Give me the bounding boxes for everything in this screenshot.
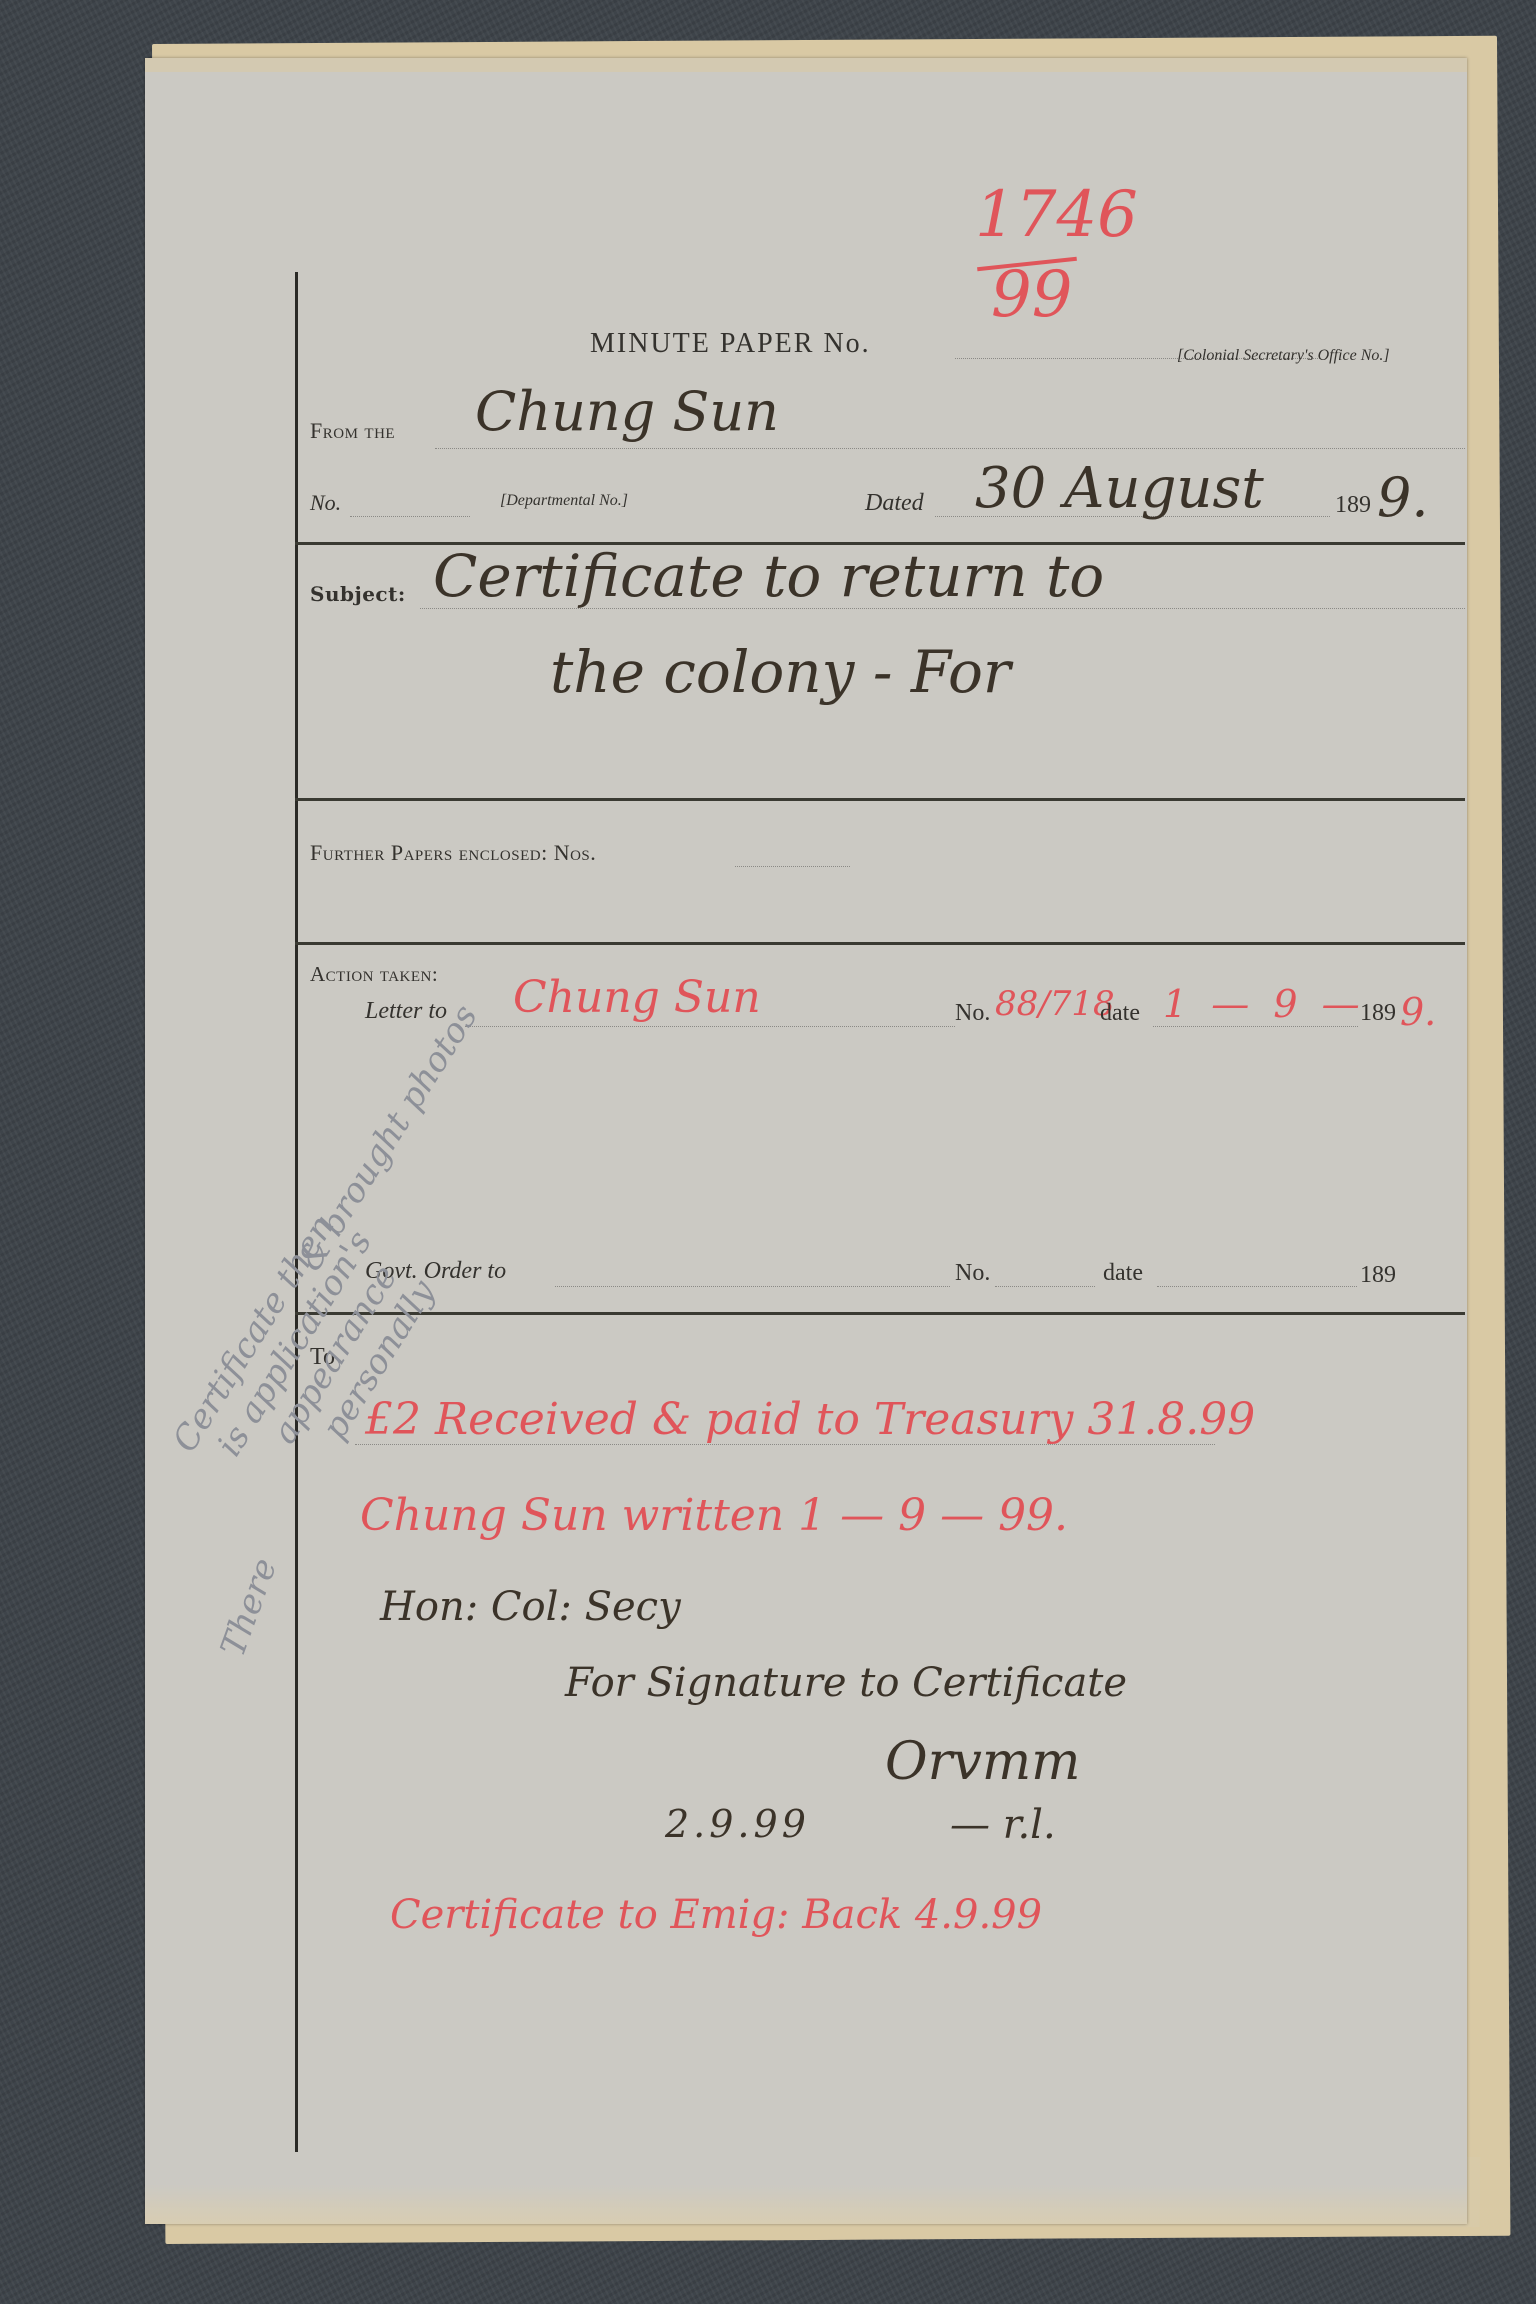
letter-year-prefix: 189	[1360, 1000, 1396, 1027]
note-for-signature: For Signature to Certificate	[565, 1660, 1127, 1706]
action-taken-label: Action taken:	[310, 962, 438, 987]
letter-no-label: No.	[955, 1000, 990, 1027]
govt-date-dotted-line	[1157, 1286, 1357, 1287]
from-label: From the	[310, 418, 395, 444]
no-dotted-line	[350, 516, 470, 517]
subject-line-1: Certificate to return to	[433, 542, 1104, 610]
subject-line-2: the colony - For	[550, 638, 1011, 706]
departmental-no-label: [Departmental No.]	[500, 492, 628, 510]
govt-order-dotted-line	[555, 1286, 950, 1287]
letter-no-value: 88/718	[995, 984, 1115, 1024]
letter-year-suffix: 9.	[1400, 990, 1436, 1034]
govt-year-prefix: 189	[1360, 1262, 1396, 1289]
no-label: No.	[310, 490, 341, 516]
from-dotted-line	[435, 448, 1465, 449]
minute-paper-sheet: 1746 99 MINUTE PAPER No. [Colonial Secre…	[145, 58, 1467, 2224]
govt-no-dotted-line	[995, 1286, 1095, 1287]
signature-mark: — r.l.	[950, 1802, 1056, 1848]
subject-label: Subject:	[310, 582, 406, 606]
rule-after-further-papers	[295, 942, 1465, 945]
dated-year-prefix: 189	[1335, 492, 1371, 519]
note-hon-col-secy: Hon: Col: Secy	[380, 1584, 681, 1630]
note-red-certificate-back: Certificate to Emig: Back 4.9.99	[390, 1892, 1042, 1938]
minute-number-numerator: 1746	[975, 178, 1138, 252]
rule-after-subject	[295, 798, 1465, 801]
letter-to-dotted-line	[465, 1026, 955, 1027]
letter-date-value: 1 — 9 —	[1163, 982, 1366, 1026]
govt-date-label: date	[1103, 1260, 1143, 1287]
signature: Orvmm	[885, 1732, 1080, 1792]
further-papers-label: Further Papers enclosed: Nos.	[310, 840, 596, 866]
left-vertical-rule	[295, 272, 298, 2152]
letter-to-label: Letter to	[365, 998, 447, 1025]
note-red-received: £2 Received & paid to Treasury 31.8.99	[365, 1394, 1255, 1445]
dated-label: Dated	[865, 490, 924, 517]
note-black-date: 2.9.99	[665, 1802, 810, 1846]
letter-date-label: date	[1100, 1000, 1140, 1027]
letter-date-dotted-line	[1153, 1026, 1358, 1027]
dated-value: 30 August	[975, 456, 1264, 521]
further-papers-dotted-line	[735, 866, 850, 867]
govt-no-label: No.	[955, 1260, 990, 1287]
pencil-line-there: There	[213, 1553, 285, 1662]
from-value: Chung Sun	[475, 380, 779, 443]
note-red-written: Chung Sun written 1 — 9 — 99.	[360, 1490, 1068, 1541]
dated-year-suffix: 9.	[1377, 466, 1429, 529]
letter-to-value: Chung Sun	[513, 972, 761, 1023]
